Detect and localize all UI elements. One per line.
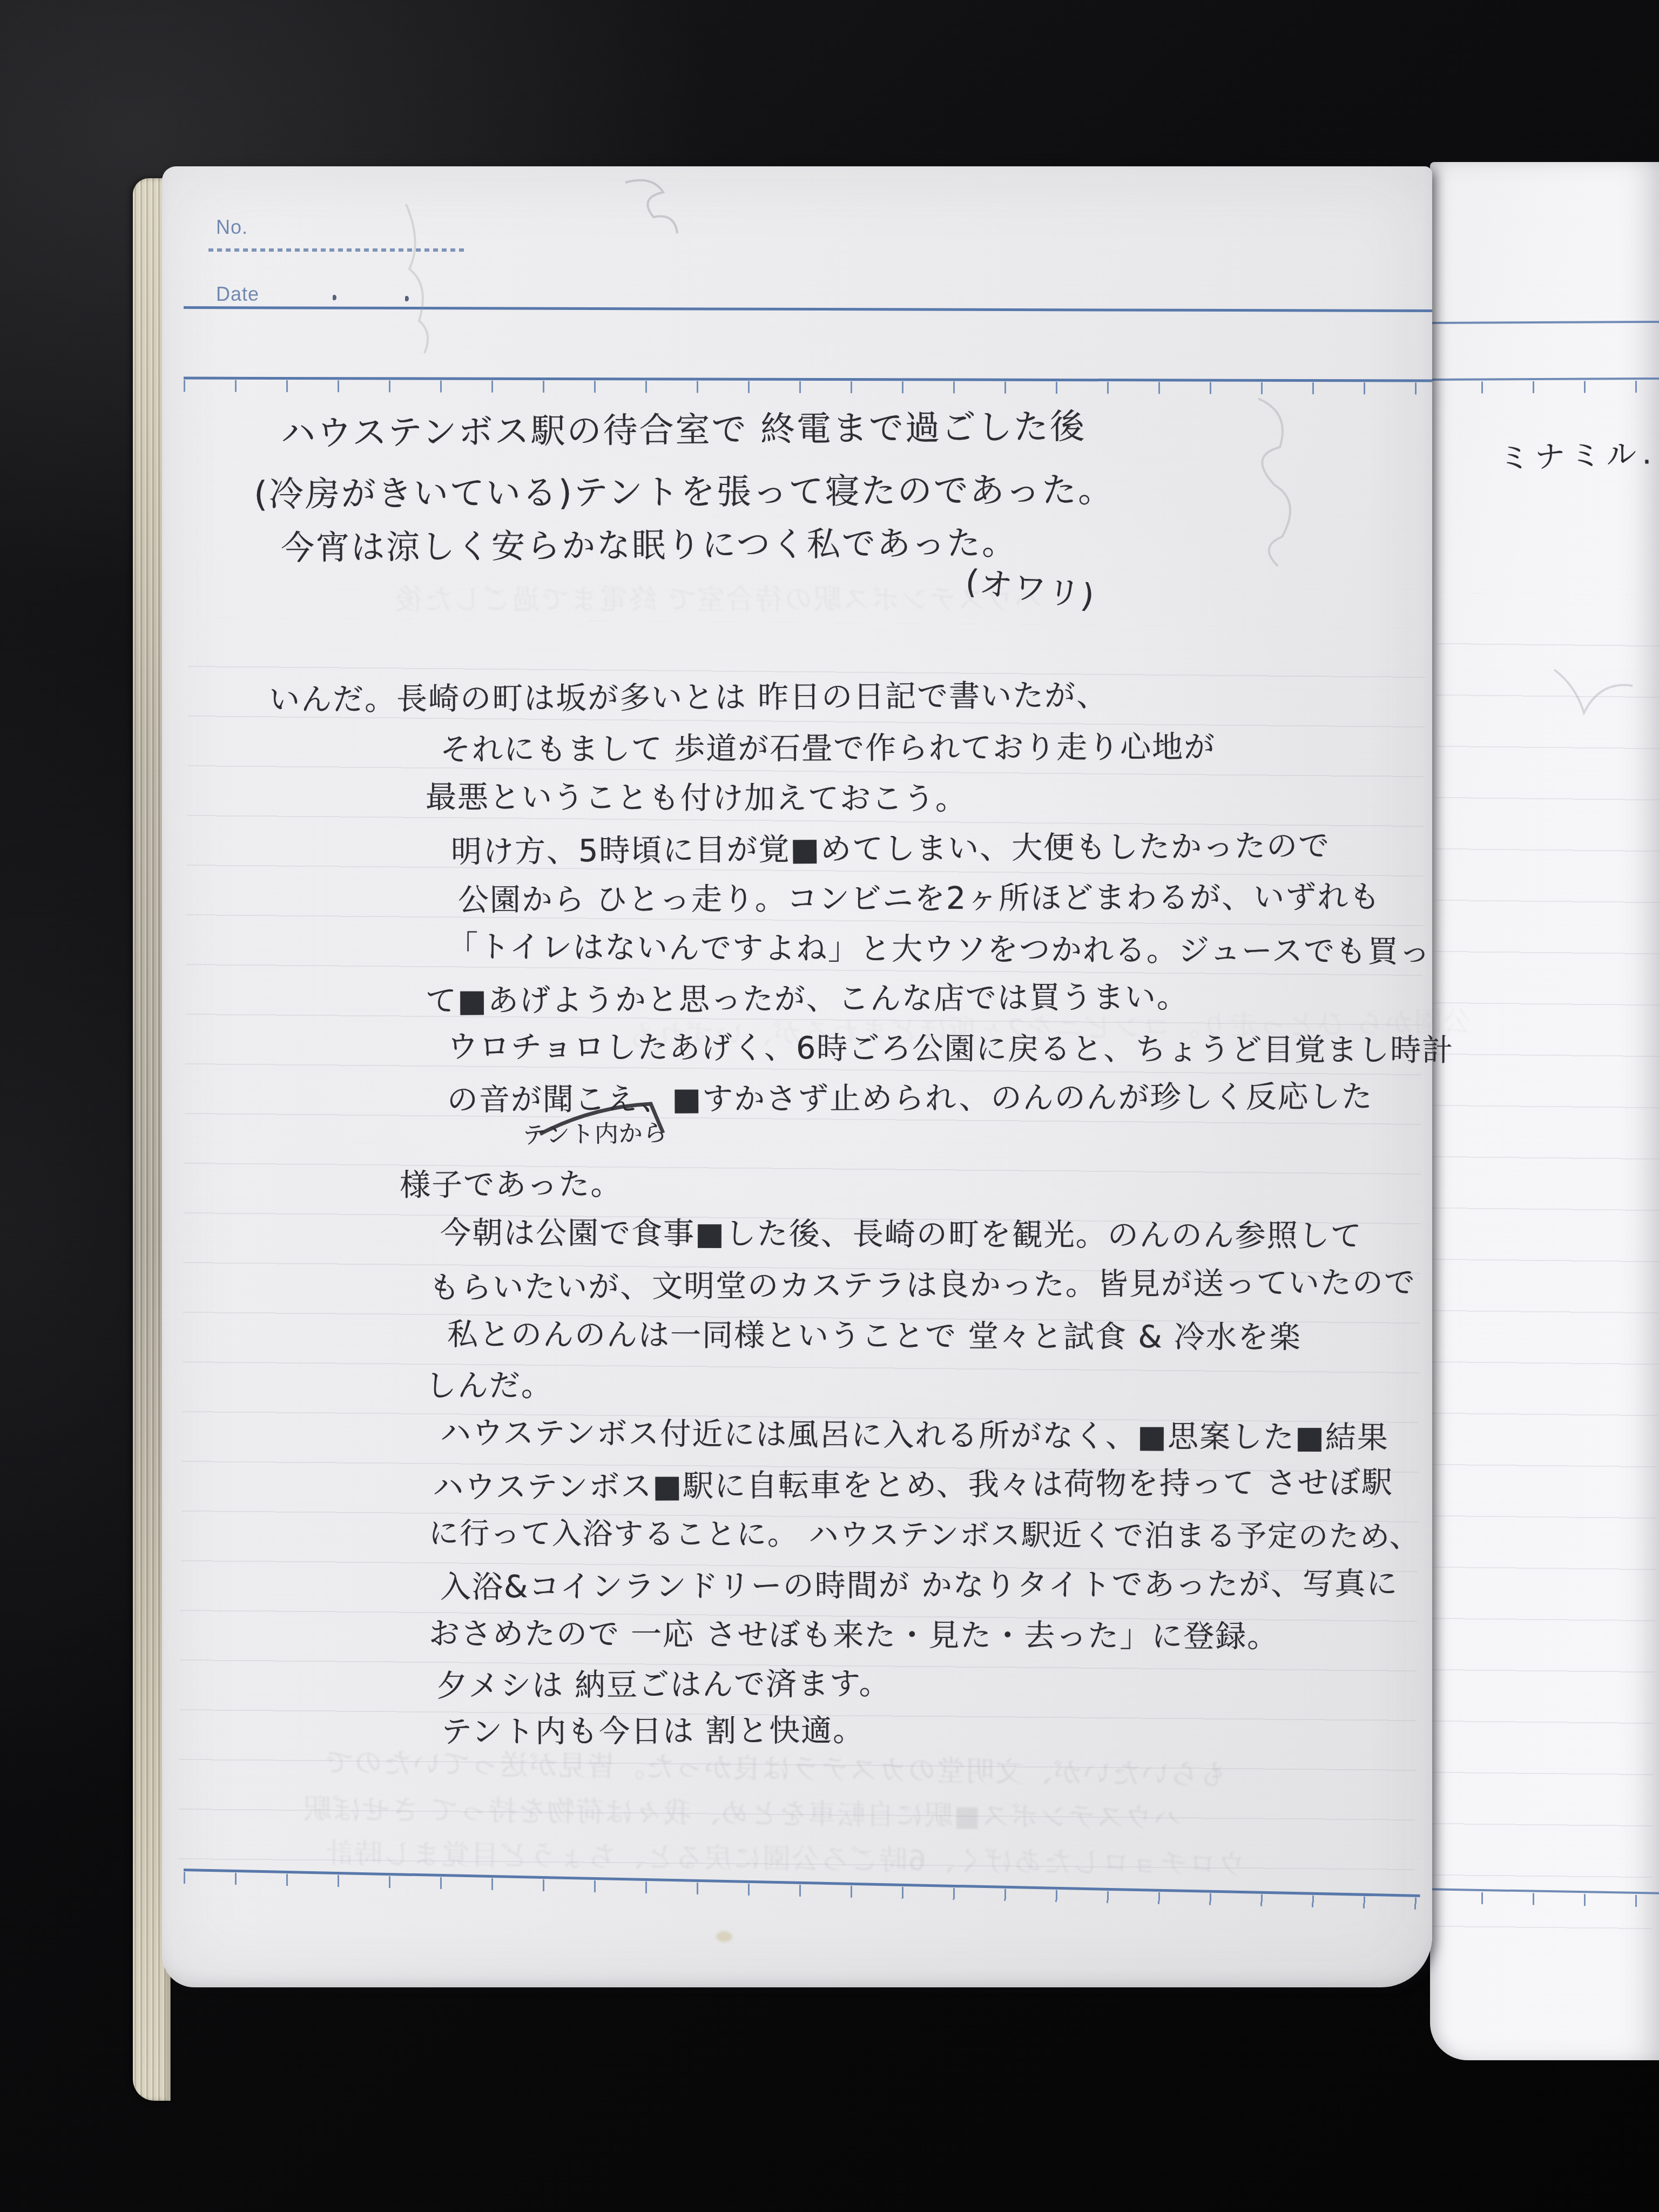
date-rule [184, 306, 1432, 312]
handwritten-line: 入浴&コインランドリーの時間が かなりタイトであったが、写真に [440, 1559, 1398, 1607]
handwritten-line: 様子であった。 [400, 1159, 623, 1205]
right-page-handwritten-note: ミナミル. [1499, 429, 1657, 478]
handwritten-line: いんだ。長崎の町は坂が多いとは 昨日の日記で書いたが、 [269, 671, 1109, 719]
no-label: No. [216, 216, 248, 239]
date-label: Date [216, 283, 259, 306]
handwritten-line: しんだ。 [426, 1361, 553, 1406]
pencil-squiggle [1258, 399, 1290, 566]
handwritten-line: 今朝は公園で食事■した後、長崎の町を観光。のんのん参照して [440, 1208, 1363, 1256]
handwritten-line: て■あげようかと思ったが、こんな店では買うまい。 [426, 972, 1189, 1020]
handwritten-line: ハウステンボス付近には風呂に入れる所がなく、■思案した■結果 [440, 1408, 1389, 1457]
showthrough-text: ハウステンボス駅の待合室で 終電まで過ごした後 [394, 577, 1043, 617]
handwritten-line: それにもまして 歩道が石畳で作られており走り心地が [440, 722, 1216, 769]
right-page-faint-rules [1423, 593, 1659, 1945]
paper-stain [716, 1931, 732, 1942]
top-margin-ticks [184, 380, 1432, 395]
handwritten-line: もらいたいが、文明堂のカステラは良かった。皆見が送っていたので [429, 1258, 1416, 1307]
handwritten-annotation: テント内から [522, 1114, 667, 1151]
handwritten-line: ウロチョロしたあげく、6時ごろ公園に戻ると、ちょうど目覚まし時計 [447, 1022, 1454, 1070]
right-notebook-page: ミナミル. [1430, 162, 1659, 2060]
date-separator-dot [405, 296, 409, 301]
date-separator-dot [333, 295, 336, 300]
right-page-margin-rule [1430, 377, 1659, 381]
no-dotted-line [208, 248, 468, 252]
handwritten-line: 夕メシは 納豆ごはんで済ます。 [436, 1659, 891, 1705]
right-page-date-rule [1430, 321, 1659, 324]
handwritten-line: 私とのんのんは一同様ということで 堂々と試食 & 冷水を楽 [447, 1310, 1301, 1357]
handwritten-line: ハウステンボス駅の待合室で 終電まで過ごした後 [281, 399, 1087, 455]
pencil-squiggle [625, 180, 677, 233]
handwritten-line: に行って入浴することに。 ハウステンボス駅近くで泊まる予定のため、 [429, 1509, 1420, 1555]
handwritten-line: 公園から ひとっ走り。コンビニを2ヶ所ほどまわるが、いずれも [458, 872, 1381, 920]
handwritten-line: ハウステンボス■駅に自転車をとめ、我々は荷物を持って させぼ駅 [433, 1458, 1393, 1507]
handwritten-line: 明け方、5時頃に目が覚■めてしまい、大便もしたかったので [451, 821, 1331, 871]
handwritten-line: 最悪ということも付け加えておこう。 [426, 772, 967, 819]
handwritten-line: おさめたので 一応 させぼも来た・見た・去った」に登録。 [429, 1609, 1279, 1656]
handwritten-line: 今宵は涼しく安らかな眠りにつく私であった。 [281, 516, 1017, 569]
handwritten-line: 「トイレはないんですよね」と大ウソをつかれる。ジュースでも買っ [447, 922, 1432, 972]
left-notebook-page: No. Date ハウステンボス駅の待合室で 終電まで過ごした後 公園から ひと… [162, 166, 1432, 1987]
pencil-squiggle [406, 204, 428, 353]
notebook-photo: ミナミル. No. Date ハウステンボス駅の待合室で 終電まで過ごした後 公… [0, 0, 1659, 2212]
handwritten-line: (冷房がきいている)テントを張って寝たのであった。 [254, 462, 1115, 516]
handwritten-line: の音が聞こえ、■すかさず止められ、のんのんが珍しく反応した [447, 1072, 1373, 1120]
handwritten-line: テント内も今日は 割と快適。 [441, 1706, 865, 1752]
right-page-rule-ticks [1430, 381, 1659, 394]
